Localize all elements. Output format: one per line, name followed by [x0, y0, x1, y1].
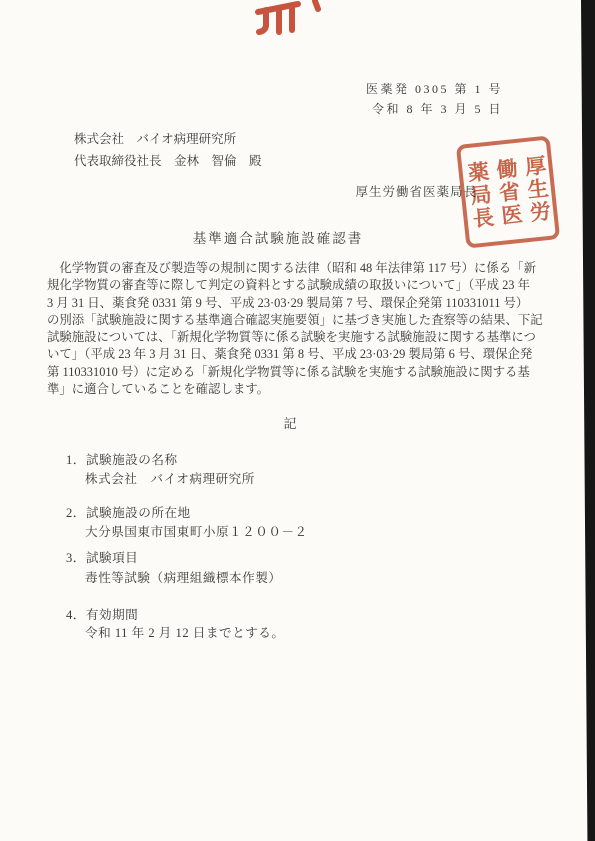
doc-number: 医薬発 0305 第 1 号 — [366, 80, 503, 97]
seal-column: 厚生労 — [522, 154, 550, 225]
ki-marker: 記 — [0, 413, 580, 432]
scan-edge-band — [581, 0, 595, 841]
seal-column: 薬局長 — [465, 160, 493, 231]
addressee-person: 代表取締役社長 金林 智倫 殿 — [74, 150, 262, 172]
document-title: 基準適合試験施設確認書 — [0, 227, 556, 247]
item-1-label: 1．試験施設の名称 — [66, 449, 178, 468]
body-line: 第 110331010 号）に定める「新規化学物質等に係る試験を実施する試験施設… — [47, 364, 563, 381]
partial-red-stamp-icon — [252, 0, 328, 40]
addressee-company: 株式会社 バイオ病理研究所 — [74, 128, 262, 150]
item-2-value: 大分県国東市国東町小原１２００－２ — [85, 521, 308, 540]
item-4-value: 令和 11 年 2 月 12 日までとする。 — [85, 622, 284, 641]
item-1-value: 株式会社 バイオ病理研究所 — [85, 468, 255, 487]
body-line: の別添「試験施設に関する基準適合確認実施要領」に基づき実施した査察等の結果、下記 — [47, 312, 563, 329]
body-line: 化学物質の審査及び製造等の規制に関する法律（昭和 48 年法律第 117 号）に… — [47, 260, 563, 277]
body-line: 規化学物質の審査等に際して判定の資料とする試験成績の取扱いについて」（平成 23… — [47, 277, 563, 294]
item-3-label: 3．試験項目 — [66, 547, 138, 566]
item-4-label: 4．有効期間 — [66, 604, 138, 623]
body-line: 3 月 31 日、薬食発 0331 第 9 号、平成 23·03·29 製局第 … — [47, 295, 563, 312]
document-page: 医薬発 0305 第 1 号 令和 8 年 3 月 5 日 株式会社 バイオ病理… — [0, 0, 595, 841]
addressee-block: 株式会社 バイオ病理研究所 代表取締役社長 金林 智倫 殿 — [74, 128, 262, 172]
sender-name: 厚生労働省医薬局長 — [355, 182, 477, 200]
seal-column: 働省医 — [494, 157, 522, 228]
item-2-label: 2．試験施設の所在地 — [66, 502, 191, 521]
doc-date: 令和 8 年 3 月 5 日 — [372, 100, 503, 117]
body-paragraph: 化学物質の審査及び製造等の規制に関する法律（昭和 48 年法律第 117 号）に… — [47, 260, 563, 398]
body-line: 試験施設については、「新規化学物質等に係る試験を実施する試験施設に関する基準につ — [47, 329, 563, 346]
body-line: いて」（平成 23 年 3 月 31 日、薬食発 0331 第 8 号、平成 2… — [47, 346, 563, 363]
item-3-value: 毒性等試験（病理組織標本作製） — [85, 567, 281, 586]
body-line: 準」に適合していることを確認します。 — [47, 381, 563, 398]
